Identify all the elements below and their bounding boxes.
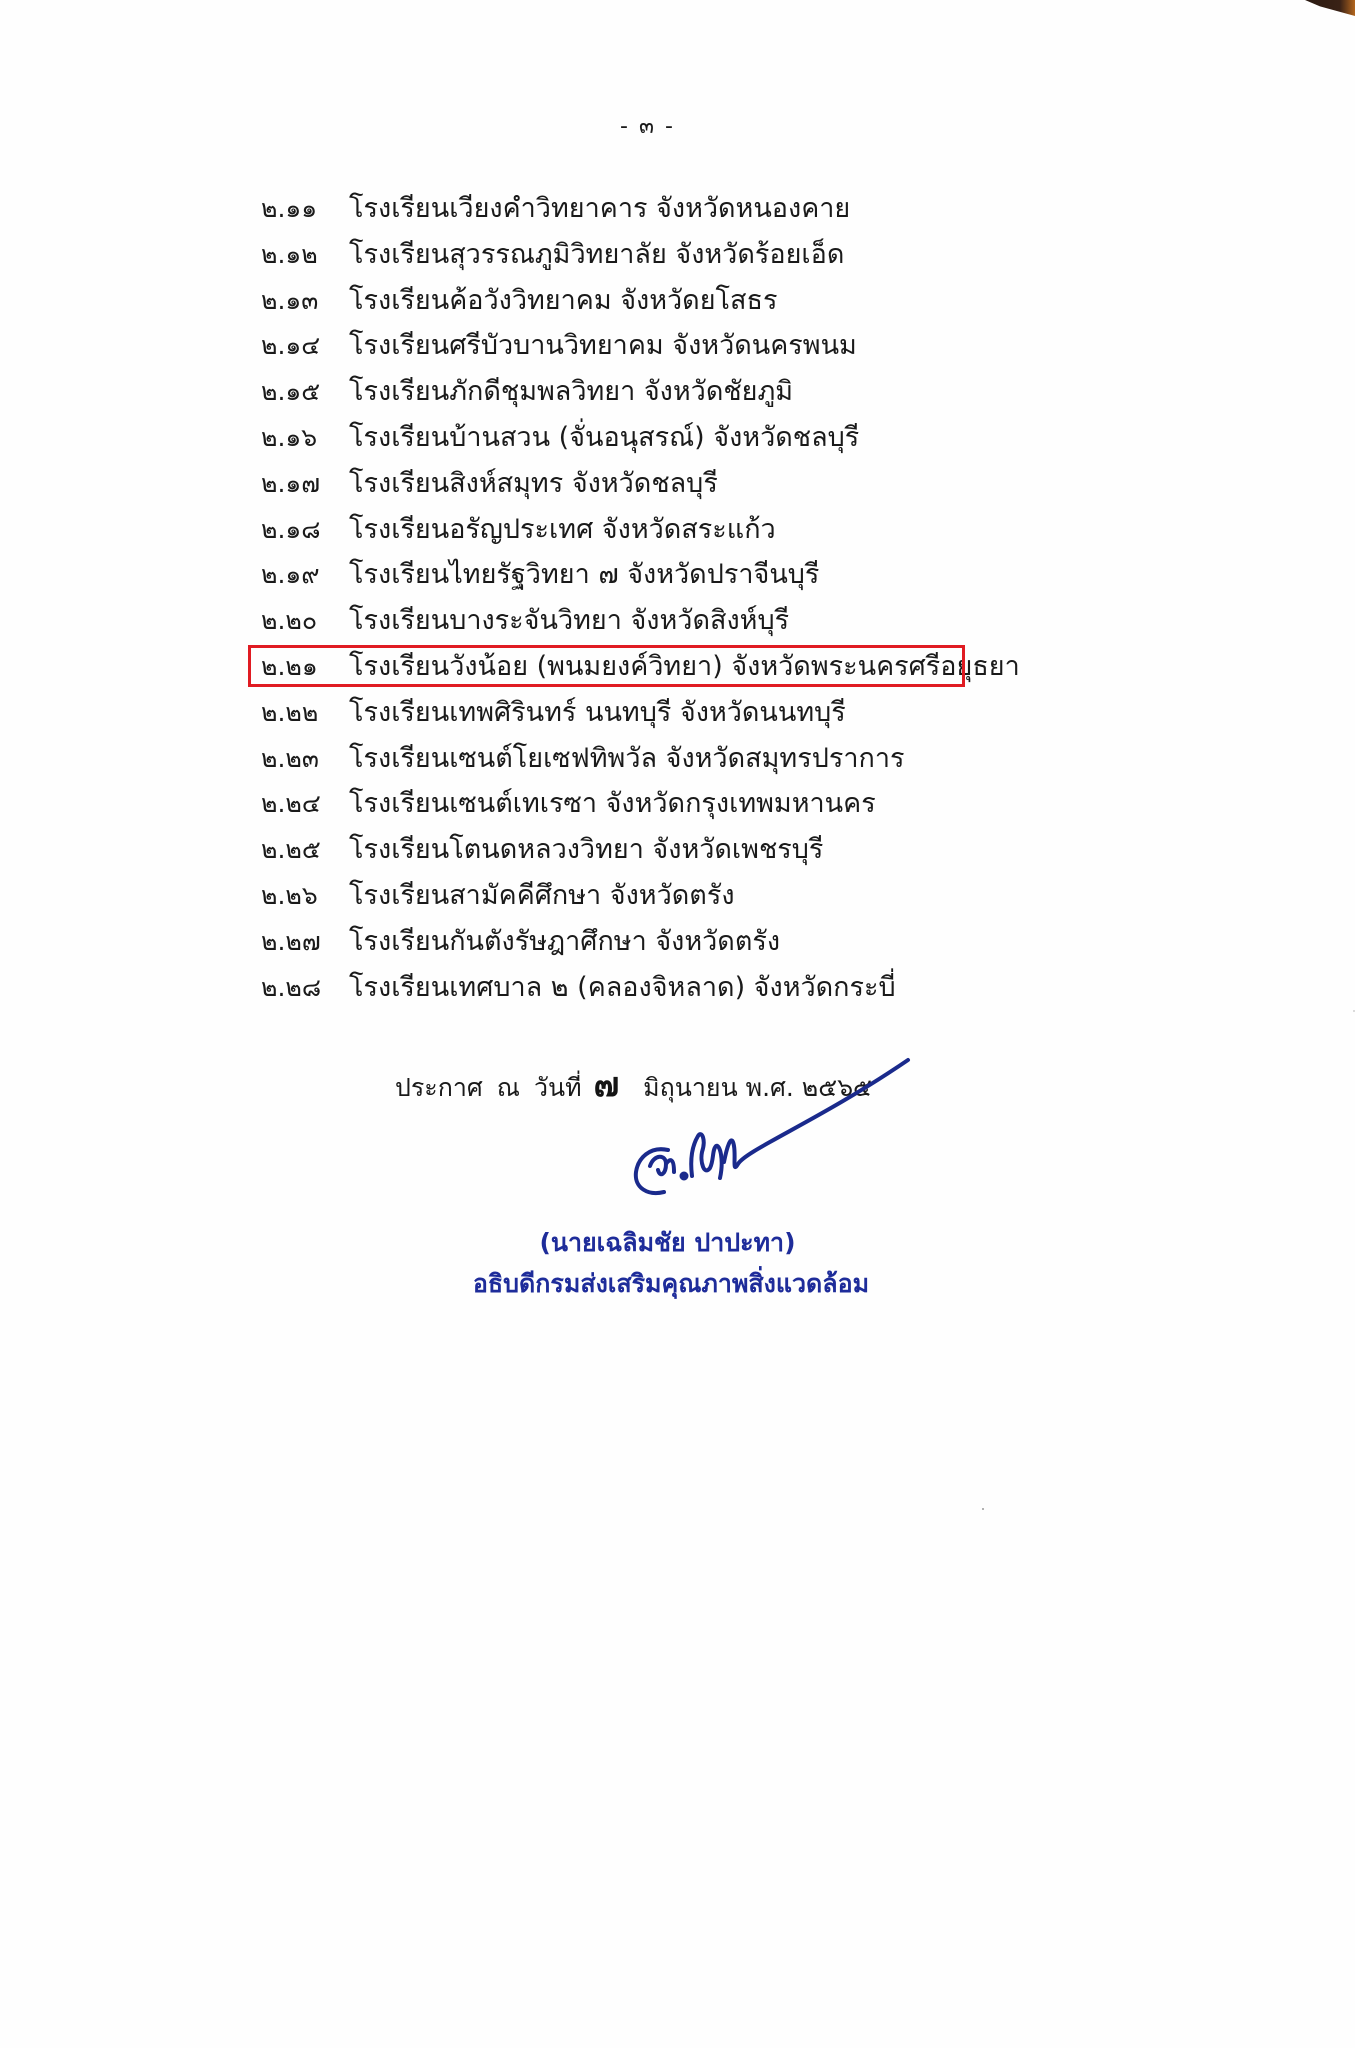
item-text: โรงเรียนเวียงคำวิทยาคาร จังหวัดหนองคาย: [349, 186, 850, 232]
item-number: ๒.๒๔: [261, 781, 349, 827]
item-text: โรงเรียนโตนดหลวงวิทยา จังหวัดเพชรบุรี: [349, 827, 823, 873]
item-number: ๒.๑๑: [261, 186, 349, 232]
item-text: โรงเรียนสามัคคีศึกษา จังหวัดตรัง: [349, 873, 735, 919]
item-number: ๒.๑๕: [261, 369, 349, 415]
list-item: ๒.๒๓โรงเรียนเซนต์โยเซฟทิพวัล จังหวัดสมุท…: [261, 736, 1020, 782]
item-text: โรงเรียนเทพศิรินทร์ นนทบุรี จังหวัดนนทบุ…: [349, 690, 846, 736]
item-number: ๒.๒๐: [261, 598, 349, 644]
signer-title: อธิบดีกรมส่งเสริมคุณภาพสิ่งแวดล้อม: [0, 1264, 1342, 1304]
item-text: โรงเรียนเซนต์เทเรซา จังหวัดกรุงเทพมหานคร: [349, 781, 876, 827]
list-item: ๒.๒๒โรงเรียนเทพศิรินทร์ นนทบุรี จังหวัดน…: [261, 690, 1020, 736]
list-item: ๒.๑๓โรงเรียนค้อวังวิทยาคม จังหวัดยโสธร: [261, 278, 1020, 324]
item-text: โรงเรียนสิงห์สมุทร จังหวัดชลบุรี: [349, 461, 718, 507]
page-number: - ๓ -: [0, 108, 1295, 143]
item-number: ๒.๑๒: [261, 232, 349, 278]
item-text: โรงเรียนอรัญประเทศ จังหวัดสระแก้ว: [349, 507, 776, 553]
item-text: โรงเรียนไทยรัฐวิทยา ๗ จังหวัดปราจีนบุรี: [349, 552, 819, 598]
item-text: โรงเรียนศรีบัวบานวิทยาคม จังหวัดนครพนม: [349, 323, 857, 369]
announcement-at: ณ: [497, 1068, 520, 1108]
item-text: โรงเรียนค้อวังวิทยาคม จังหวัดยโสธร: [349, 278, 777, 324]
list-item: ๒.๒๖โรงเรียนสามัคคีศึกษา จังหวัดตรัง: [261, 873, 1020, 919]
item-number: ๒.๒๖: [261, 873, 349, 919]
signature-icon: [620, 1050, 920, 1200]
item-text: โรงเรียนบ้านสวน (จั่นอนุสรณ์) จังหวัดชลบ…: [349, 415, 859, 461]
document-page: - ๓ - ๒.๑๑โรงเรียนเวียงคำวิทยาคาร จังหวั…: [0, 0, 1355, 2048]
announcement-day: ๗: [594, 1057, 620, 1111]
list-item-highlighted: ๒.๒๑โรงเรียนวังน้อย (พนมยงค์วิทยา) จังหว…: [261, 644, 1020, 690]
item-number: ๒.๒๒: [261, 690, 349, 736]
item-number: ๒.๑๖: [261, 415, 349, 461]
item-number: ๒.๒๑: [261, 644, 349, 690]
scan-corner-shadow: [1305, 0, 1355, 16]
list-item: ๒.๒๘โรงเรียนเทศบาล ๒ (คลองจิหลาด) จังหวั…: [261, 965, 1020, 1011]
list-item: ๒.๑๗โรงเรียนสิงห์สมุทร จังหวัดชลบุรี: [261, 461, 1020, 507]
list-item: ๒.๒๔โรงเรียนเซนต์เทเรซา จังหวัดกรุงเทพมห…: [261, 781, 1020, 827]
item-number: ๒.๒๓: [261, 736, 349, 782]
item-number: ๒.๑๙: [261, 552, 349, 598]
item-number: ๒.๒๕: [261, 827, 349, 873]
list-item: ๒.๑๑โรงเรียนเวียงคำวิทยาคาร จังหวัดหนองค…: [261, 186, 1020, 232]
item-text: โรงเรียนสุวรรณภูมิวิทยาลัย จังหวัดร้อยเอ…: [349, 232, 844, 278]
list-item: ๒.๒๗โรงเรียนกันตังรัษฎาศึกษา จังหวัดตรัง: [261, 919, 1020, 965]
list-item: ๒.๒๕โรงเรียนโตนดหลวงวิทยา จังหวัดเพชรบุร…: [261, 827, 1020, 873]
item-number: ๒.๑๔: [261, 323, 349, 369]
item-text: โรงเรียนภักดีชุมพลวิทยา จังหวัดชัยภูมิ: [349, 369, 793, 415]
school-list: ๒.๑๑โรงเรียนเวียงคำวิทยาคาร จังหวัดหนองค…: [261, 186, 1020, 1010]
item-text: โรงเรียนเซนต์โยเซฟทิพวัล จังหวัดสมุทรปรา…: [349, 736, 905, 782]
item-number: ๒.๑๓: [261, 278, 349, 324]
item-number: ๒.๑๘: [261, 507, 349, 553]
item-number: ๒.๒๗: [261, 919, 349, 965]
list-item: ๒.๑๙โรงเรียนไทยรัฐวิทยา ๗ จังหวัดปราจีนบ…: [261, 552, 1020, 598]
item-text: โรงเรียนวังน้อย (พนมยงค์วิทยา) จังหวัดพร…: [349, 644, 1020, 690]
list-item: ๒.๑๖โรงเรียนบ้านสวน (จั่นอนุสรณ์) จังหวั…: [261, 415, 1020, 461]
list-item: ๒.๑๔โรงเรียนศรีบัวบานวิทยาคม จังหวัดนครพ…: [261, 323, 1020, 369]
item-text: โรงเรียนกันตังรัษฎาศึกษา จังหวัดตรัง: [349, 919, 780, 965]
list-item: ๒.๒๐โรงเรียนบางระจันวิทยา จังหวัดสิงห์บุ…: [261, 598, 1020, 644]
list-item: ๒.๑๕โรงเรียนภักดีชุมพลวิทยา จังหวัดชัยภู…: [261, 369, 1020, 415]
announcement-prefix: ประกาศ: [395, 1068, 483, 1108]
announcement-day-label: วันที่: [534, 1068, 582, 1108]
list-item: ๒.๑๒โรงเรียนสุวรรณภูมิวิทยาลัย จังหวัดร้…: [261, 232, 1020, 278]
item-number: ๒.๒๘: [261, 965, 349, 1011]
signer-name: (นายเฉลิมชัย ปาปะทา): [0, 1223, 1335, 1263]
list-item: ๒.๑๘โรงเรียนอรัญประเทศ จังหวัดสระแก้ว: [261, 507, 1020, 553]
item-text: โรงเรียนเทศบาล ๒ (คลองจิหลาด) จังหวัดกระ…: [349, 965, 896, 1011]
item-text: โรงเรียนบางระจันวิทยา จังหวัดสิงห์บุรี: [349, 598, 789, 644]
scan-speck: [982, 1508, 984, 1510]
item-number: ๒.๑๗: [261, 461, 349, 507]
